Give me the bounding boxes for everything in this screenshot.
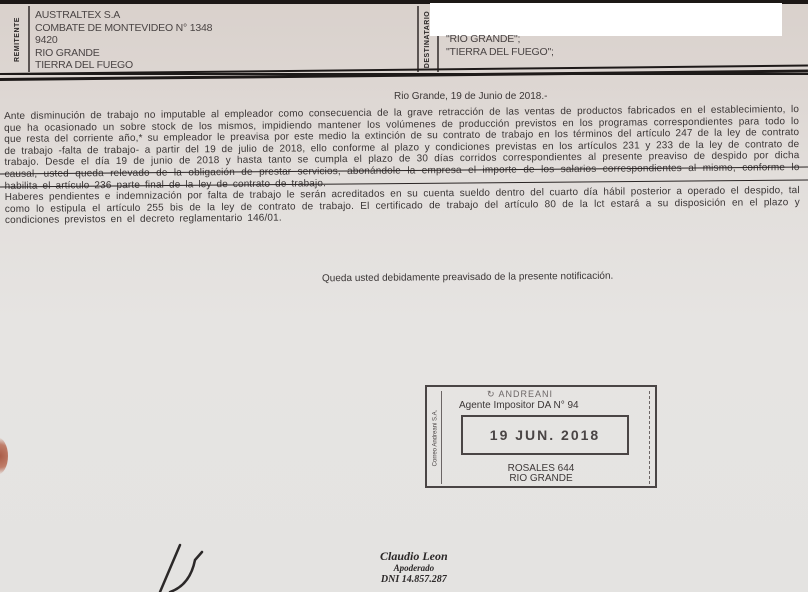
stamp-agent: Agente Impositor DA N° 94 xyxy=(459,400,579,411)
postal-stamp: Correo Andreani S.A. ↻ ANDREANI Agente I… xyxy=(425,385,657,488)
signer-role: Apoderado xyxy=(380,562,448,574)
handwritten-signature xyxy=(150,540,220,592)
andreani-logo: ↻ ANDREANI xyxy=(487,389,553,400)
letter-date: Rio Grande, 19 de Junio de 2018.- xyxy=(394,91,547,102)
stamp-date-box: 19 JUN. 2018 xyxy=(461,415,629,455)
stamp-address-city: RIO GRANDE xyxy=(427,473,655,484)
andreani-logo-icon: ↻ xyxy=(487,389,499,399)
signer-name: Claudio Leon xyxy=(380,550,448,562)
signer-block: Claudio Leon Apoderado DNI 14.857.287 xyxy=(380,550,448,586)
stamp-date: 19 JUN. 2018 xyxy=(490,427,600,443)
closing-line: Queda usted debidamente preavisado de la… xyxy=(322,271,613,285)
address-header: REMITENTE AUSTRALTEX S.A COMBATE DE MONT… xyxy=(0,3,808,75)
sender-label: REMITENTE xyxy=(6,6,30,72)
paragraph-payments: Haberes pendientes e indemnización por f… xyxy=(5,185,800,227)
signer-dni: DNI 14.857.287 xyxy=(380,574,448,586)
scanned-letter-page: REMITENTE AUSTRALTEX S.A COMBATE DE MONT… xyxy=(0,0,808,592)
sender-address: AUSTRALTEX S.A COMBATE DE MONTEVIDEO N° … xyxy=(35,9,212,72)
thumb-in-photo xyxy=(0,437,8,475)
redacted-recipient-name xyxy=(430,3,782,36)
letter-body: Ante disminución de trabajo no imputable… xyxy=(4,104,800,227)
recipient-address: "RIO GRANDE"; "TIERRA DEL FUEGO"; xyxy=(446,33,554,58)
paragraph-dismissal-notice: Ante disminución de trabajo no imputable… xyxy=(4,104,800,192)
